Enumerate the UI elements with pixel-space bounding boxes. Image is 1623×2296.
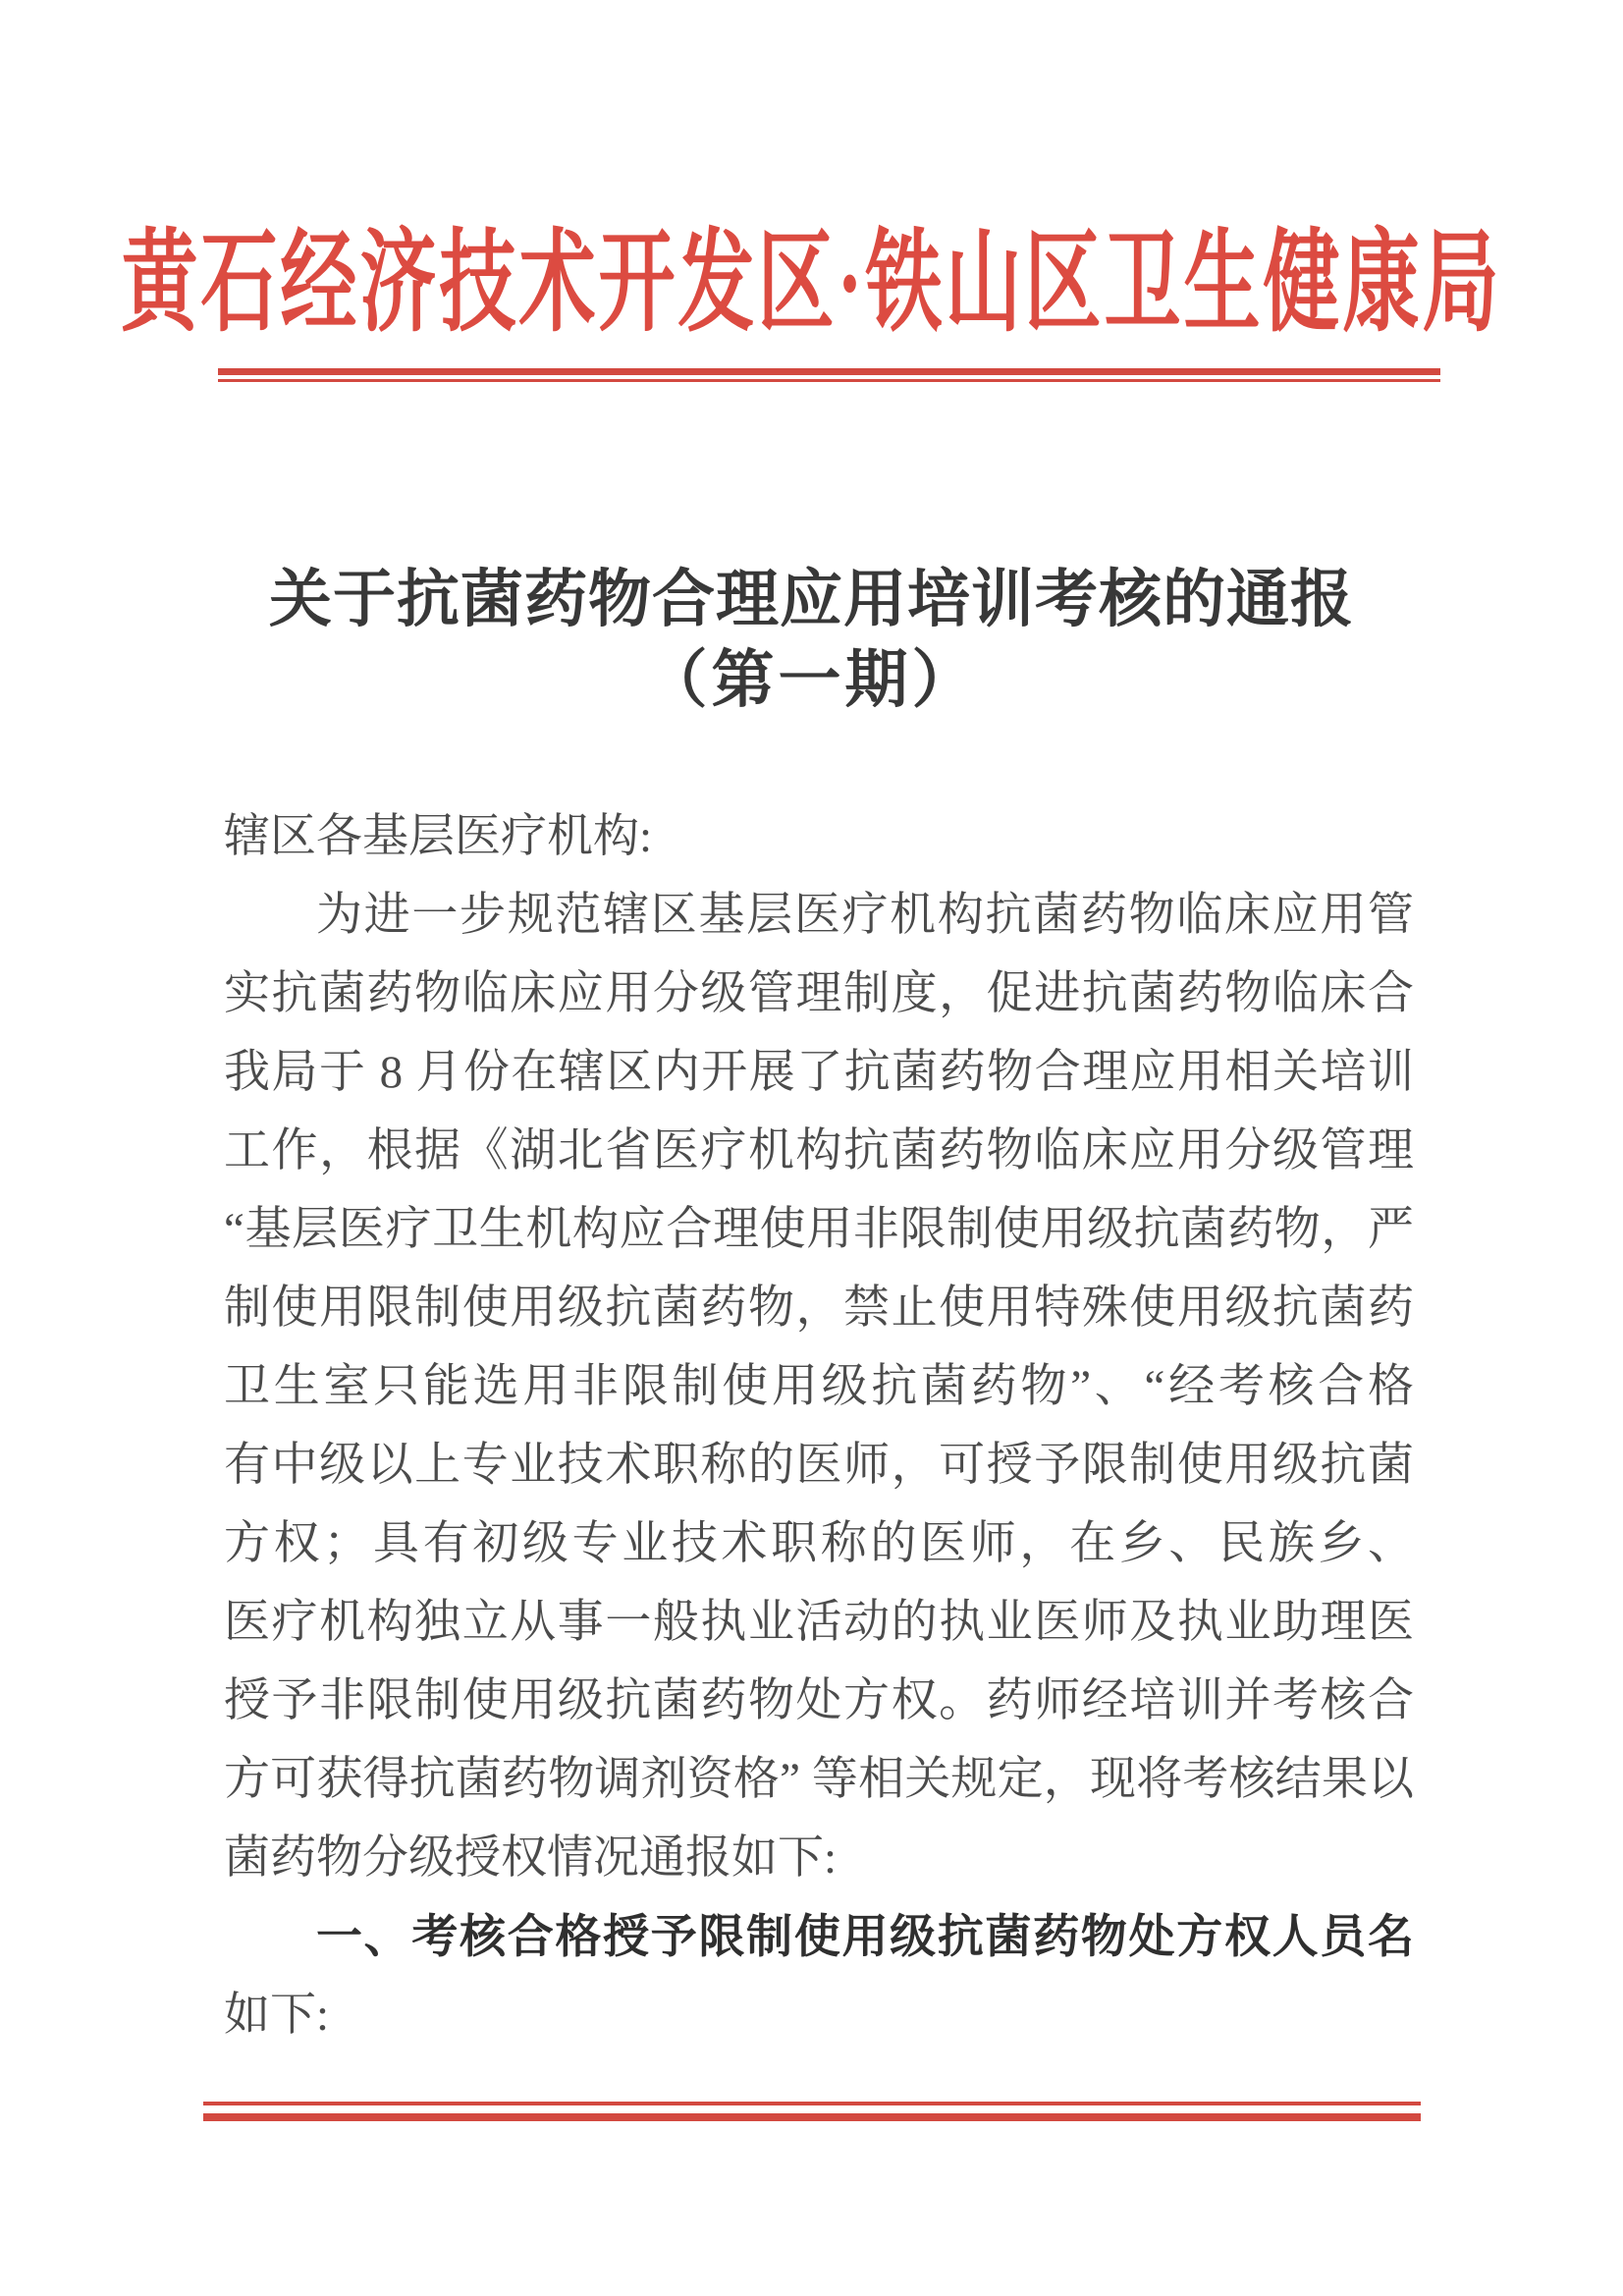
body-line: 卫生室只能选用非限制使用级抗菌药物”、“经考核合格后，具	[224, 1347, 1414, 1426]
document-title-line2: （第一期）	[0, 640, 1623, 721]
letterhead-rule-thin	[218, 379, 1440, 382]
salutation-line: 辖区各基层医疗机构:	[224, 797, 1414, 876]
body-line: 授予非限制使用级抗菌药物处方权。药师经培训并考核合格后，	[224, 1662, 1414, 1740]
body-line: 方权；具有初级专业技术职称的医师，在乡、民族乡、镇、村的	[224, 1504, 1414, 1583]
footer-rule-thin	[203, 2102, 1421, 2105]
body-line: 制使用限制使用级抗菌药物，禁止使用特殊使用级抗菌药物。村	[224, 1269, 1414, 1347]
body-line: “基层医疗卫生机构应合理使用非限制使用级抗菌药物，严格控	[224, 1190, 1414, 1269]
footer-rule-thick	[203, 2113, 1421, 2121]
document-title: 关于抗菌药物合理应用培训考核的通报 （第一期）	[0, 560, 1623, 721]
body-line: 实抗菌药物临床应用分级管理制度，促进抗菌药物临床合理使用，	[224, 955, 1414, 1033]
letterhead-agency-name: 黄石经济技术开发区·铁山区卫生健康局	[0, 228, 1623, 339]
document-title-line1: 关于抗菌药物合理应用培训考核的通报	[0, 560, 1623, 640]
body-line: 菌药物分级授权情况通报如下:	[224, 1819, 1414, 1897]
body-line: 有中级以上专业技术职称的医师，可授予限制使用级抗菌药物处	[224, 1426, 1414, 1504]
body-line: 我局于 8 月份在辖区内开展了抗菌药物合理应用相关培训考核	[224, 1033, 1414, 1112]
body-line: 工作，根据《湖北省医疗机构抗菌药物临床应用分级管理办法》:	[224, 1112, 1414, 1190]
body-line: 为进一步规范辖区基层医疗机构抗菌药物临床应用管理，落	[224, 876, 1414, 955]
section-heading: 一、考核合格授予限制使用级抗菌药物处方权人员名单公布	[224, 1897, 1414, 1976]
document-body: 辖区各基层医疗机构: 为进一步规范辖区基层医疗机构抗菌药物临床应用管理，落 实抗…	[224, 797, 1414, 2054]
body-line: 方可获得抗菌药物调剂资格” 等相关规定，现将考核结果以及抗	[224, 1740, 1414, 1819]
section-heading-tail: 如下:	[224, 1976, 1414, 2054]
document-page: 黄石经济技术开发区·铁山区卫生健康局 关于抗菌药物合理应用培训考核的通报 （第一…	[0, 0, 1623, 2296]
letterhead-rule-thick	[218, 368, 1440, 375]
body-line: 医疗机构独立从事一般执业活动的执业医师及执业助理医师，可	[224, 1583, 1414, 1662]
